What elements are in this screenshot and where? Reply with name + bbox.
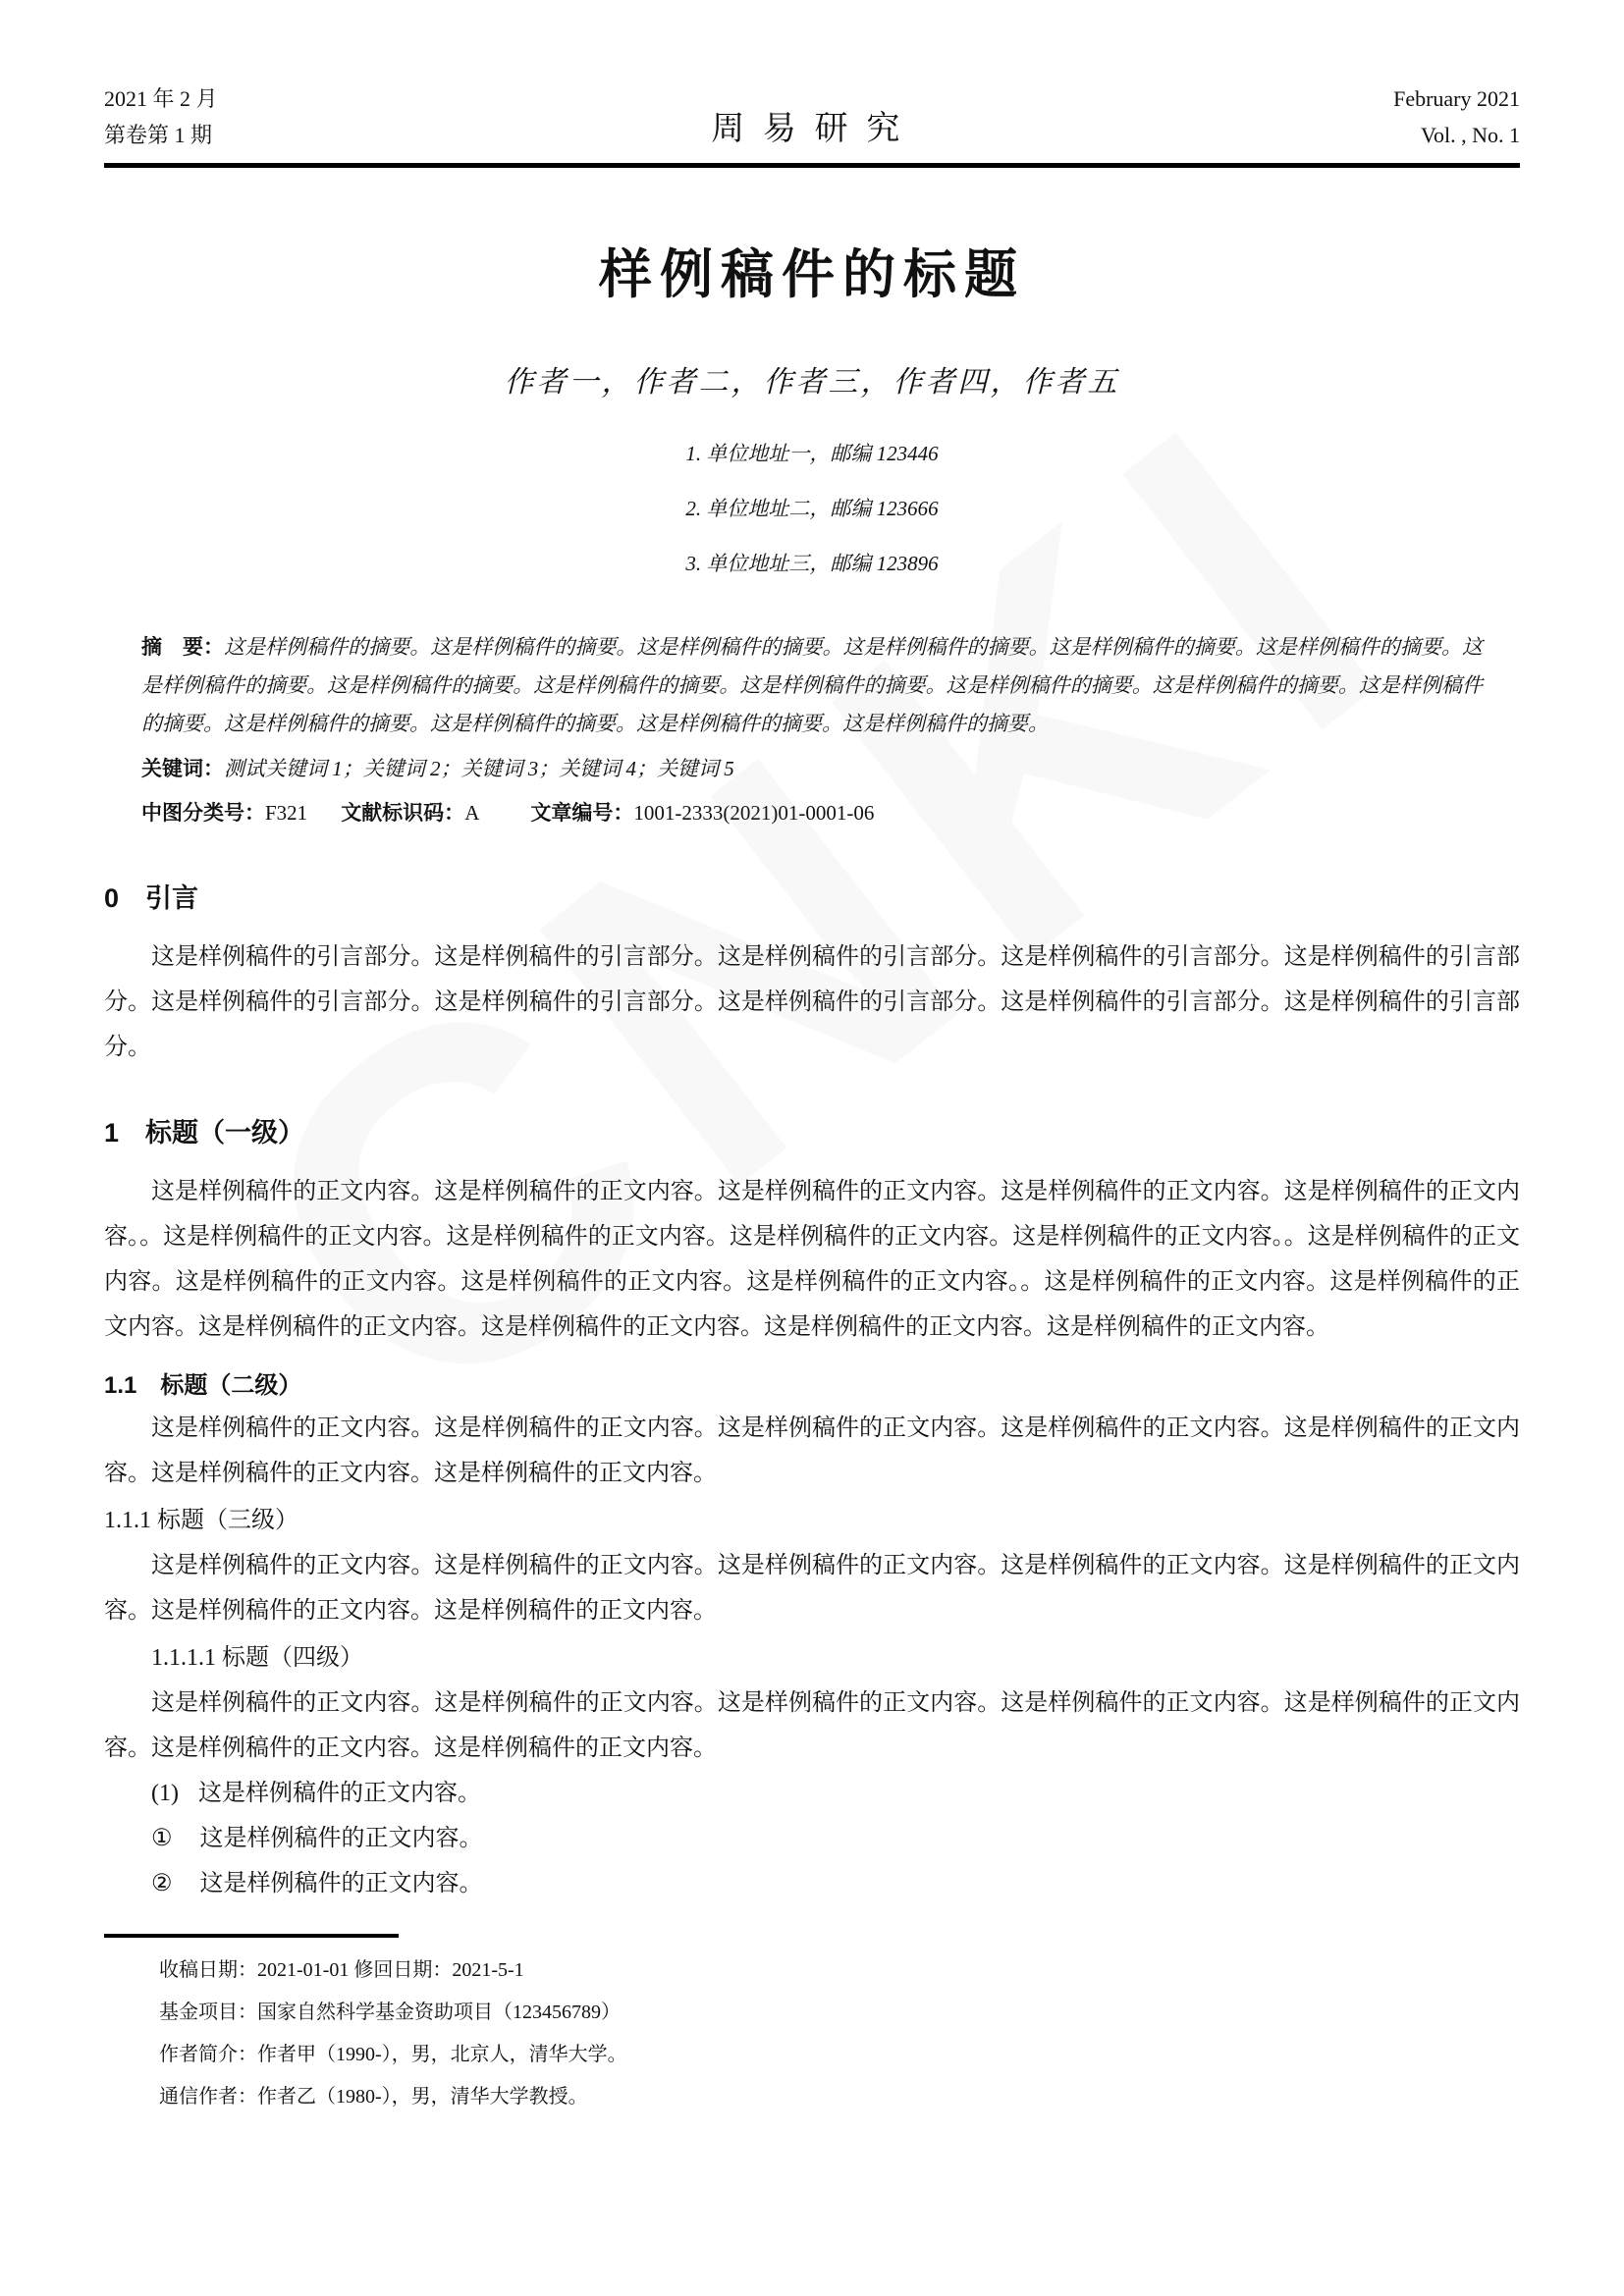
affiliation-item: 1. 单位地址一，邮编 123446 [104,426,1520,481]
footnote-text: 作者乙（1980-），男，清华大学教授。 [257,2086,588,2108]
keywords-label: 关键词： [141,758,224,780]
section-heading-level3: 1.1.1 标题（三级） [104,1498,1520,1543]
numbered-list: (1)这是样例稿件的正文内容。 ①这是样例稿件的正文内容。 ②这是样例稿件的正文… [104,1771,1520,1906]
doc-code-label: 文献标识码： [341,802,464,825]
footnote-label: 通信作者： [159,2086,257,2108]
footnote-block: 收稿日期：2021-01-01 修回日期：2021-5-1 基金项目：国家自然科… [104,1934,1520,2118]
section-paragraph: 这是样例稿件的正文内容。这是样例稿件的正文内容。这是样例稿件的正文内容。这是样例… [104,1406,1520,1496]
list-item-marker: ② [151,1871,173,1896]
footnote-label: 基金项目： [159,2002,257,2023]
authors-line: 作者一，作者二，作者三，作者四，作者五 [104,357,1520,400]
footnote-label: 收稿日期： [159,1959,257,1981]
section-paragraph: 这是样例稿件的正文内容。这是样例稿件的正文内容。这是样例稿件的正文内容。这是样例… [104,1681,1520,1771]
journal-name: 周易研究 [693,101,919,149]
journal-header: 2021 年 2 月 第卷第 1 期 周易研究 February 2021 Vo… [104,80,1520,168]
paper-page: CNKI 2021 年 2 月 第卷第 1 期 周易研究 February 20… [0,0,1624,2296]
section-1-1-1-1: 1.1.1.1 标题（四级） 这是样例稿件的正文内容。这是样例稿件的正文内容。这… [104,1635,1520,1771]
list-item: (1)这是样例稿件的正文内容。 [104,1771,1520,1816]
list-item: ①这是样例稿件的正文内容。 [104,1816,1520,1861]
affiliation-item: 2. 单位地址二，邮编 123666 [104,481,1520,536]
list-item-text: 这是样例稿件的正文内容。 [198,1781,481,1806]
clc-value: F321 [265,801,307,825]
section-1: 1 标题（一级） 这是样例稿件的正文内容。这是样例稿件的正文内容。这是样例稿件的… [104,1111,1520,1350]
section-paragraph: 这是样例稿件的正文内容。这是样例稿件的正文内容。这是样例稿件的正文内容。这是样例… [104,1169,1520,1350]
article-id-label: 文章编号： [530,802,633,825]
keywords-text: 测试关键词 1；关键词 2；关键词 3；关键词 4；关键词 5 [224,757,734,780]
list-item-text: 这是样例稿件的正文内容。 [200,1871,483,1896]
section-paragraph: 这是样例稿件的正文内容。这是样例稿件的正文内容。这是样例稿件的正文内容。这是样例… [104,1543,1520,1633]
article-title: 样例稿件的标题 [104,233,1520,308]
list-item-marker: ① [151,1826,173,1851]
issue-date-cn: 2021 年 2 月 [104,80,218,117]
affiliation-item: 3. 单位地址三，邮编 123896 [104,536,1520,591]
list-item: ②这是样例稿件的正文内容。 [104,1861,1520,1906]
header-right-block: February 2021 Vol. , No. 1 [1393,80,1520,153]
article-id-value: 1001-2333(2021)01-0001-06 [633,801,874,825]
keywords-line: 关键词：测试关键词 1；关键词 2；关键词 3；关键词 4；关键词 5 [141,747,1483,791]
section-heading-level2: 1.1 标题（二级） [104,1365,1520,1400]
footnote-text: 国家自然科学基金资助项目（123456789） [257,2002,621,2023]
clc-label: 中图分类号： [141,802,265,825]
section-heading-level1: 1 标题（一级） [104,1111,1520,1149]
doc-code-value: A [464,801,479,825]
header-left-block: 2021 年 2 月 第卷第 1 期 [104,80,218,153]
section-heading-level4: 1.1.1.1 标题（四级） [104,1635,1520,1681]
abstract-block: 摘 要：这是样例稿件的摘要。这是样例稿件的摘要。这是样例稿件的摘要。这是样例稿件… [141,628,1483,835]
section-paragraph: 这是样例稿件的引言部分。这是样例稿件的引言部分。这是样例稿件的引言部分。这是样例… [104,934,1520,1070]
list-item-text: 这是样例稿件的正文内容。 [200,1826,483,1851]
section-1-1-1: 1.1.1 标题（三级） 这是样例稿件的正文内容。这是样例稿件的正文内容。这是样… [104,1498,1520,1633]
abstract-text: 这是样例稿件的摘要。这是样例稿件的摘要。这是样例稿件的摘要。这是样例稿件的摘要。… [141,635,1483,735]
section-intro: 0 引言 这是样例稿件的引言部分。这是样例稿件的引言部分。这是样例稿件的引言部分… [104,877,1520,1070]
clc-line: 中图分类号：F321文献标识码：A文章编号：1001-2333(2021)01-… [141,791,1483,835]
list-item-marker: (1) [151,1781,179,1806]
issue-volume-en: Vol. , No. 1 [1393,117,1520,153]
issue-volume-cn: 第卷第 1 期 [104,117,218,153]
footnote-label: 作者简介： [159,2044,257,2065]
section-heading-level1: 0 引言 [104,877,1520,915]
footnote-line: 作者简介：作者甲（1990-），男，北京人，清华大学。 [104,2034,1520,2076]
issue-date-en: February 2021 [1393,80,1520,117]
abstract-paragraph: 摘 要：这是样例稿件的摘要。这是样例稿件的摘要。这是样例稿件的摘要。这是样例稿件… [141,628,1483,743]
affiliations-block: 1. 单位地址一，邮编 123446 2. 单位地址二，邮编 123666 3.… [104,426,1520,591]
footnote-line: 基金项目：国家自然科学基金资助项目（123456789） [104,1992,1520,2034]
footnote-text: 2021-01-01 修回日期：2021-5-1 [257,1959,524,1981]
footnote-line: 收稿日期：2021-01-01 修回日期：2021-5-1 [104,1949,1520,1992]
footnote-text: 作者甲（1990-），男，北京人，清华大学。 [257,2044,627,2065]
section-1-1: 1.1 标题（二级） 这是样例稿件的正文内容。这是样例稿件的正文内容。这是样例稿… [104,1365,1520,1496]
footnote-rule [104,1934,399,1938]
footnote-line: 通信作者：作者乙（1980-），男，清华大学教授。 [104,2076,1520,2118]
abstract-label: 摘 要： [141,636,224,659]
